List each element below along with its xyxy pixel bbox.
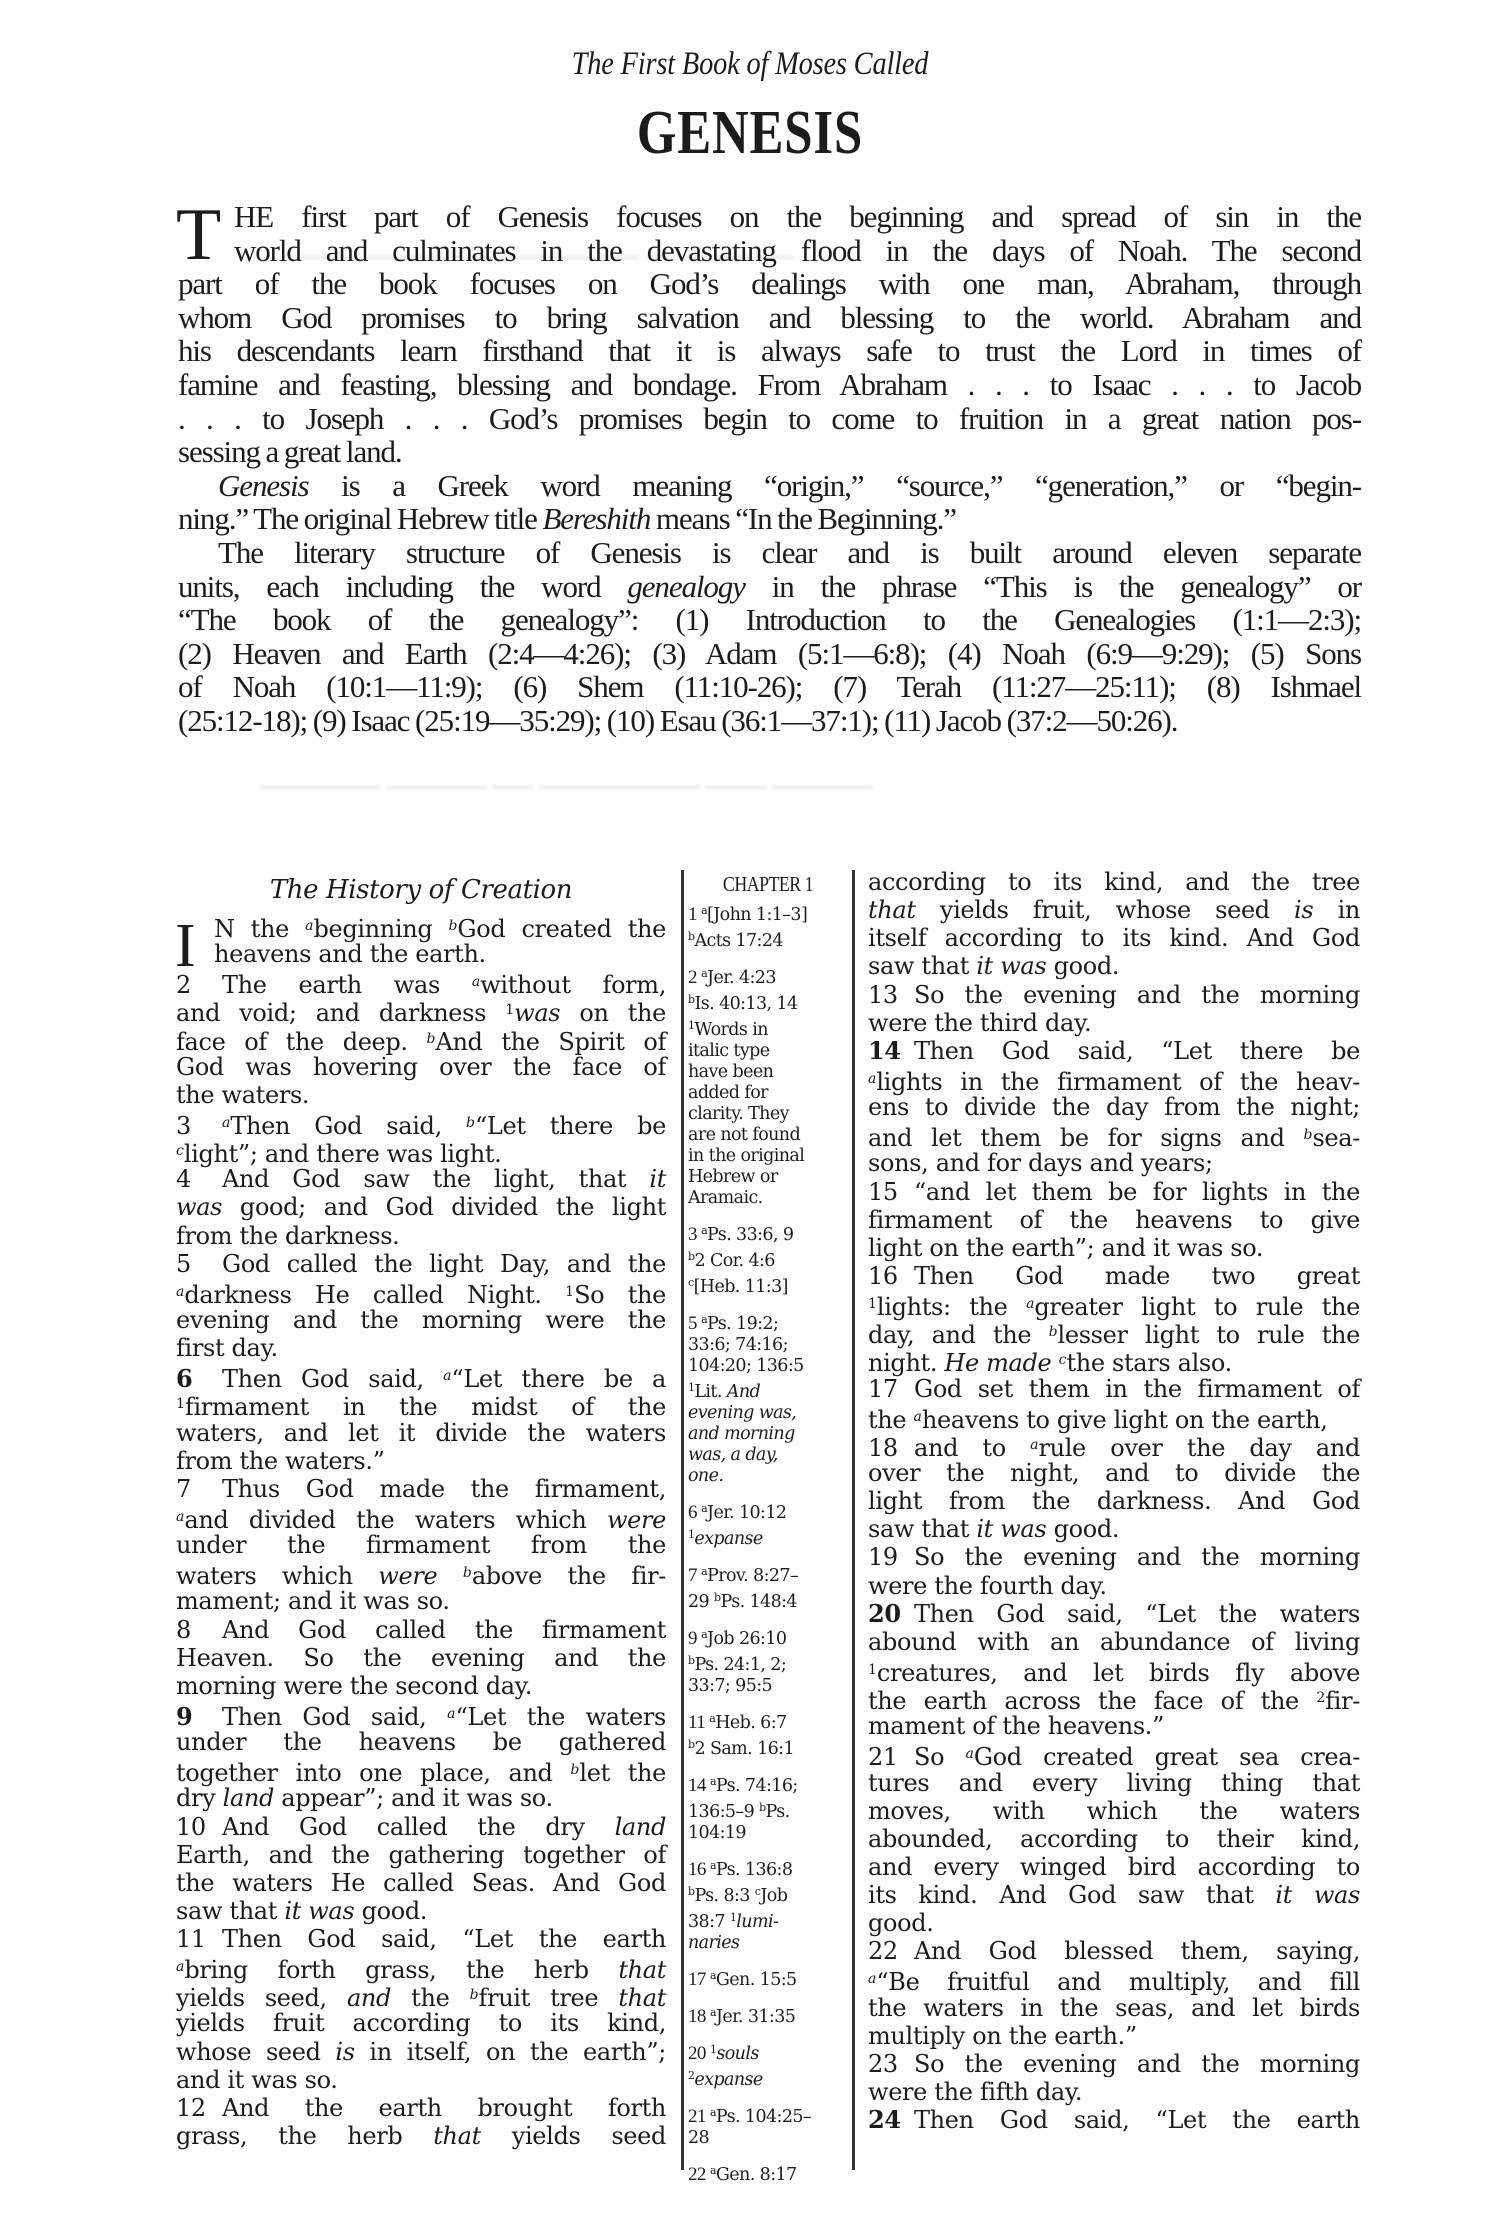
text-line: sons, and for days and years; bbox=[868, 1149, 1360, 1177]
reference-line: was, a day, bbox=[688, 1445, 848, 1466]
text: (25:12-18); (9) Isaac (25:19—35:29); (10… bbox=[178, 703, 1177, 738]
verse-reference-number: 9 bbox=[688, 1628, 701, 1649]
text-line: night. He made cthe stars also. bbox=[868, 1346, 1360, 1374]
text-line: over the night, and to divide the bbox=[868, 1459, 1360, 1487]
text: whose seed bbox=[176, 2038, 335, 2066]
footnote-marker: 1 bbox=[565, 1284, 574, 1300]
italic-text: it was bbox=[284, 1897, 354, 1925]
reference-line: c[Heb. 11:3] bbox=[688, 1272, 848, 1298]
verse-number: 4 bbox=[176, 1165, 222, 1193]
text-line: 21So aGod created great sea crea- bbox=[868, 1740, 1360, 1768]
text: and let them be for signs and bbox=[868, 1124, 1303, 1152]
text-line: heavens and the earth. bbox=[176, 940, 666, 968]
text: were the fifth day. bbox=[868, 2078, 1082, 2106]
column-divider-right bbox=[852, 870, 855, 2170]
text: good; and God divided the light bbox=[222, 1193, 666, 1221]
verse-number: 18 bbox=[868, 1434, 914, 1462]
text-line: 18and to arule over the day and bbox=[868, 1431, 1360, 1459]
italic-text: expanse bbox=[694, 1529, 762, 1549]
text: abound with an abundance of living bbox=[868, 1628, 1360, 1656]
text-line: 8And God called the firmament bbox=[176, 1616, 666, 1644]
text-line: 15“and let them be for lights in the bbox=[868, 1178, 1360, 1206]
text-line: 3aThen God said, b“Let there be bbox=[176, 1109, 666, 1137]
reference-line: 38:7 1lumi- bbox=[688, 1907, 848, 1933]
text: So the evening and the morning bbox=[914, 1543, 1360, 1571]
verse-number: 20 bbox=[868, 1600, 914, 1628]
text-line: good. bbox=[868, 1909, 1360, 1937]
bible-page: ▁▁▁ ▁▁▁▁ ▁▁ ▁▁▁▁▁▁▁ ▁▁▁ ▁▁▁▁ ▁▁▁▁▁▁ ▁▁▁▁… bbox=[0, 0, 1500, 2226]
text: clarity. They bbox=[688, 1104, 789, 1124]
text-line: itself according to its kind. And God bbox=[868, 924, 1360, 952]
text: were the third day. bbox=[868, 1009, 1091, 1037]
footnote-marker: 1 bbox=[505, 1002, 514, 1018]
italic-text: is bbox=[1294, 896, 1313, 924]
text-line: Heaven. So the evening and the bbox=[176, 1644, 666, 1672]
italic-text: expanse bbox=[694, 2070, 762, 2090]
italic-text: He made bbox=[944, 1349, 1051, 1377]
text: The literary structure of Genesis is cle… bbox=[218, 535, 1361, 570]
italic-text: and bbox=[347, 1984, 391, 2012]
text-line: 22And God blessed them, saying, bbox=[868, 1937, 1360, 1965]
text: ning.” The original Hebrew title bbox=[178, 501, 542, 536]
cross-reference-entry: 3 aPs. 33:6, 9b2 Cor. 4:6c[Heb. 11:3] bbox=[688, 1220, 848, 1298]
text: 2 Sam. 16:1 bbox=[694, 1739, 794, 1759]
text: Then God said, bbox=[222, 1703, 447, 1731]
text-line: ning.” The original Hebrew title Bereshi… bbox=[178, 502, 1361, 536]
italic-text: it bbox=[649, 1165, 666, 1193]
text-line: 5God called the light Day, and the bbox=[176, 1250, 666, 1278]
text-line: 20Then God said, “Let the waters bbox=[868, 1600, 1360, 1628]
text: his descendants learn firsthand that it … bbox=[178, 333, 1361, 368]
text: “Let the waters bbox=[455, 1703, 666, 1731]
italic-text: land bbox=[615, 1813, 666, 1841]
text: Words in bbox=[694, 1020, 768, 1040]
verse-dropcap: I bbox=[175, 921, 196, 971]
text: 29 bbox=[688, 1592, 714, 1612]
reference-line: 104:20; 136:5 bbox=[688, 1356, 848, 1377]
text: The earth was bbox=[222, 971, 472, 999]
text: Ps. 136:8 bbox=[716, 1860, 792, 1880]
text: light”; and there was light. bbox=[184, 1140, 502, 1168]
book-subtitle: The First Book of Moses Called bbox=[105, 46, 1395, 83]
text-line: were the third day. bbox=[868, 1009, 1360, 1037]
cross-reference-entry: 9 aJob 26:10bPs. 24:1, 2;33:7; 95:5 bbox=[688, 1624, 848, 1697]
cross-reference-marker: a bbox=[914, 1409, 922, 1425]
text: saw that bbox=[868, 1515, 976, 1543]
text: “and let them be for lights in the bbox=[914, 1178, 1360, 1206]
verse-reference-number: 3 bbox=[688, 1224, 701, 1245]
reference-line: and morning bbox=[688, 1424, 848, 1445]
text-line: units, each including the word genealogy… bbox=[178, 570, 1361, 604]
reference-line: 29 bPs. 148:4 bbox=[688, 1587, 848, 1613]
text-line: The literary structure of Genesis is cle… bbox=[178, 536, 1361, 570]
text: light from the darkness. And God bbox=[868, 1487, 1360, 1515]
text: And the Spirit of bbox=[435, 1028, 666, 1056]
text: And God called the dry bbox=[222, 1813, 615, 1841]
text: mament of the heavens.” bbox=[868, 1712, 1164, 1740]
text-line: was good; and God divided the light bbox=[176, 1193, 666, 1221]
cross-reference-entry: 5 aPs. 19:2;33:6; 74:16;104:20; 136:51Li… bbox=[688, 1309, 848, 1487]
text-line: 9Then God said, a“Let the waters bbox=[176, 1700, 666, 1728]
text: the waters. bbox=[176, 1081, 309, 1109]
text: God called the light Day, and the bbox=[222, 1250, 666, 1278]
scripture-left-column: The History of Creation I N the abeginni… bbox=[176, 868, 666, 2150]
reference-line: 22 aGen. 8:17 bbox=[688, 2160, 848, 2186]
verse-number: 7 bbox=[176, 1475, 222, 1503]
text: under the heavens be gathered bbox=[176, 1728, 666, 1756]
text: Ps. 33:6, 9 bbox=[707, 1225, 793, 1245]
reference-line: bIs. 40:13, 14 bbox=[688, 989, 848, 1015]
italic-text: Genesis bbox=[218, 468, 308, 503]
verse-number: 12 bbox=[176, 2094, 222, 2122]
reference-line: 5 aPs. 19:2; bbox=[688, 1309, 848, 1335]
text: good. bbox=[354, 1897, 427, 1925]
text-line: the waters in the seas, and let birds bbox=[868, 1994, 1360, 2022]
text bbox=[437, 1562, 463, 1590]
text: famine and feasting, blessing and bondag… bbox=[178, 367, 1361, 402]
footnote-marker: 1 bbox=[176, 1396, 185, 1412]
italic-text: souls bbox=[716, 2044, 758, 2064]
text: N the bbox=[214, 915, 305, 943]
reference-line: b2 Cor. 4:6 bbox=[688, 1246, 848, 1272]
text: God created great sea crea- bbox=[974, 1743, 1360, 1771]
text: is a Greek word meaning “origin,” “sourc… bbox=[308, 468, 1361, 503]
text: Earth, and the gathering together of bbox=[176, 1841, 666, 1869]
reference-line: 16 aPs. 136:8 bbox=[688, 1855, 848, 1881]
reference-line: clarity. They bbox=[688, 1104, 848, 1125]
reference-line: 104:19 bbox=[688, 1823, 848, 1844]
italic-text: And bbox=[727, 1382, 760, 1402]
text-line: firmament of the heavens to give bbox=[868, 1206, 1360, 1234]
reference-line: have been bbox=[688, 1062, 848, 1083]
italic-text: that bbox=[618, 1956, 666, 1984]
text: mament; and it was so. bbox=[176, 1587, 450, 1615]
text: Lit. bbox=[694, 1382, 726, 1402]
text: and every winged bird according to bbox=[868, 1853, 1360, 1881]
text: sessing a great land. bbox=[178, 434, 402, 469]
text: light on the earth”; and it was so. bbox=[868, 1234, 1263, 1262]
text-line: waters, and let it divide the waters bbox=[176, 1419, 666, 1447]
text: in bbox=[1313, 896, 1360, 924]
text: heavens to give light on the earth, bbox=[922, 1406, 1328, 1434]
footnote-marker: 1 bbox=[868, 1662, 877, 1678]
text: sea- bbox=[1312, 1124, 1360, 1152]
reference-line: one. bbox=[688, 1466, 848, 1487]
verse-reference-number: 14 bbox=[688, 1775, 710, 1796]
text: 104:19 bbox=[688, 1823, 746, 1843]
text: without form, bbox=[480, 971, 666, 999]
text: 33:7; 95:5 bbox=[688, 1676, 772, 1696]
text-line: a“Be fruitful and multiply, and fill bbox=[868, 1965, 1360, 1993]
text: and to bbox=[914, 1434, 1030, 1462]
text: under the firmament from the bbox=[176, 1531, 666, 1559]
text-line: 6Then God said, a“Let there be a bbox=[176, 1362, 666, 1390]
cross-reference-entry: 16 aPs. 136:8bPs. 8:3 cJob38:7 1lumi-nar… bbox=[688, 1855, 848, 1954]
text-line: aand divided the waters which were bbox=[176, 1503, 666, 1531]
text-line: 23So the evening and the morning bbox=[868, 2050, 1360, 2078]
cross-reference-marker: b bbox=[1049, 1324, 1058, 1340]
text: dry bbox=[176, 1784, 223, 1812]
right-column-text: according to its kind, and the treethat … bbox=[868, 868, 1360, 2134]
text: HE first part of Genesis focuses on the … bbox=[234, 199, 1361, 234]
text: Gen. 8:17 bbox=[716, 2165, 797, 2185]
verse-number: 23 bbox=[868, 2050, 914, 2078]
verse-reference-number: 2 bbox=[688, 967, 701, 988]
verse-number: 3 bbox=[176, 1112, 222, 1140]
verse-reference-number: 22 bbox=[688, 2164, 710, 2185]
text: yields seed, bbox=[176, 1984, 347, 2012]
text: on the bbox=[560, 999, 666, 1027]
reference-line: 1Lit. And bbox=[688, 1377, 848, 1403]
reference-line: 20 1souls bbox=[688, 2039, 848, 2065]
text-line: (25:12-18); (9) Isaac (25:19—35:29); (10… bbox=[178, 704, 1361, 738]
text-line: abring forth grass, the herb that bbox=[176, 1953, 666, 1981]
verse-number: 5 bbox=[176, 1250, 222, 1278]
text-line: 19So the evening and the morning bbox=[868, 1543, 1360, 1571]
text: good. bbox=[1046, 1515, 1119, 1543]
text: lights: the bbox=[877, 1293, 1026, 1321]
verse-number: 15 bbox=[868, 1178, 914, 1206]
text-line: 14Then God said, “Let there be bbox=[868, 1037, 1360, 1065]
text: Then God said, “Let the earth bbox=[222, 1925, 666, 1953]
text-line: saw that it was good. bbox=[868, 952, 1360, 980]
cross-reference-entry: 11 aHeb. 6:7b2 Sam. 16:1 bbox=[688, 1708, 848, 1760]
reference-line: 136:5–9 bPs. bbox=[688, 1797, 848, 1823]
text: from the waters.” bbox=[176, 1447, 385, 1475]
text-line: 17God set them in the firmament of bbox=[868, 1375, 1360, 1403]
text: were the fourth day. bbox=[868, 1572, 1107, 1600]
reference-line: italic type bbox=[688, 1041, 848, 1062]
text-line: and it was so. bbox=[176, 2066, 666, 2094]
text: (2) Heaven and Earth (2:4—4:26); (3) Ada… bbox=[178, 636, 1361, 671]
text-line: HE first part of Genesis focuses on the … bbox=[178, 200, 1361, 234]
text-line: Genesis is a Greek word meaning “origin,… bbox=[178, 469, 1361, 503]
text: 38:7 bbox=[688, 1912, 730, 1932]
verse-reference-number: 1 bbox=[688, 904, 701, 925]
bleed-through-text: ▁▁▁▁▁▁ ▁▁▁▁▁ ▁▁ ▁▁▁▁▁▁▁▁ ▁▁▁ ▁▁▁▁▁ bbox=[260, 760, 872, 790]
text-line: and let them be for signs and bsea- bbox=[868, 1121, 1360, 1149]
text-line: from the waters.” bbox=[176, 1447, 666, 1475]
verse-number: 19 bbox=[868, 1543, 914, 1571]
italic-text: was bbox=[176, 1193, 222, 1221]
footnote-marker: 1 bbox=[868, 1296, 877, 1312]
text-line: “The book of the genealogy”: (1) Introdu… bbox=[178, 603, 1361, 637]
verse-number: 13 bbox=[868, 981, 914, 1009]
text: the stars also. bbox=[1066, 1349, 1231, 1377]
reference-line: 1 a[John 1:1–3] bbox=[688, 900, 848, 926]
text-line: face of the deep. bAnd the Spirit of bbox=[176, 1025, 666, 1053]
text: Jer. 4:23 bbox=[707, 968, 776, 988]
text-line: from the darkness. bbox=[176, 1222, 666, 1250]
text-line: under the heavens be gathered bbox=[176, 1728, 666, 1756]
text: and it was so. bbox=[176, 2066, 338, 2094]
text-line: the earth across the face of the 2fir- bbox=[868, 1684, 1360, 1712]
text: yields fruit, whose seed bbox=[916, 896, 1294, 924]
text: Jer. 31:35 bbox=[716, 2007, 795, 2027]
verse-reference-number: 11 bbox=[688, 1712, 709, 1733]
reference-line: 33:7; 95:5 bbox=[688, 1676, 848, 1697]
reference-line: 1Words in bbox=[688, 1015, 848, 1041]
text: its kind. And God saw that bbox=[868, 1881, 1275, 1909]
reference-line: 1expanse bbox=[688, 1524, 848, 1550]
text-line: 2The earth was awithout form, bbox=[176, 968, 666, 996]
reference-line: bActs 17:24 bbox=[688, 926, 848, 952]
text: abounded, according to their kind, bbox=[868, 1825, 1360, 1853]
text-line: sessing a great land. bbox=[178, 435, 1361, 469]
text-line: day, and the blesser light to rule the bbox=[868, 1318, 1360, 1346]
text: “The book of the genealogy”: (1) Introdu… bbox=[178, 602, 1361, 637]
text: Heb. 6:7 bbox=[715, 1713, 786, 1733]
text: bring forth grass, the herb bbox=[184, 1956, 618, 1984]
text: added for bbox=[688, 1083, 768, 1103]
verse-number: 21 bbox=[868, 1743, 914, 1771]
cross-reference-entry: 21 aPs. 104:25–28 bbox=[688, 2102, 848, 2149]
cross-reference-entry: 17 aGen. 15:5 bbox=[688, 1965, 848, 1991]
reference-line: are not found bbox=[688, 1125, 848, 1146]
text: waters which bbox=[176, 1562, 378, 1590]
text-line: of Noah (10:1—11:9); (6) Shem (11:10-26)… bbox=[178, 670, 1361, 704]
text: And God blessed them, saying, bbox=[914, 1937, 1360, 1965]
reference-line: 33:6; 74:16; bbox=[688, 1335, 848, 1356]
text-line: saw that it was good. bbox=[868, 1515, 1360, 1543]
text: Ps. 8:3 bbox=[694, 1886, 754, 1906]
text-line: clight”; and there was light. bbox=[176, 1137, 666, 1165]
reference-line: in the original bbox=[688, 1146, 848, 1167]
scripture-right-column: according to its kind, and the treethat … bbox=[868, 868, 1360, 2134]
reference-line: evening was, bbox=[688, 1403, 848, 1424]
reference-line: 9 aJob 26:10 bbox=[688, 1624, 848, 1650]
text: Gen. 15:5 bbox=[716, 1970, 797, 1990]
text: So the bbox=[574, 1281, 666, 1309]
text: let the bbox=[579, 1759, 666, 1787]
intro-text: HE first part of Genesis focuses on the … bbox=[178, 200, 1361, 738]
text: Ps. 24:1, 2; bbox=[694, 1655, 786, 1675]
text-line: N the abeginning bGod created the bbox=[176, 912, 666, 940]
text: ens to divide the day from the night; bbox=[868, 1093, 1360, 1121]
verse-reference-number: 16 bbox=[688, 1859, 710, 1880]
text-line: the waters He called Seas. And God bbox=[176, 1869, 666, 1897]
book-title: GENESIS bbox=[135, 98, 1365, 169]
text-line: first day. bbox=[176, 1334, 666, 1362]
text: Is. 40:13, 14 bbox=[694, 994, 797, 1014]
italic-text: was bbox=[514, 999, 560, 1027]
text: saw that bbox=[868, 952, 976, 980]
text-line: saw that it was good. bbox=[176, 1897, 666, 1925]
cross-reference-marker: a bbox=[966, 1746, 974, 1762]
text: “Be fruitful and multiply, and fill bbox=[876, 1968, 1360, 1996]
text: fruit tree bbox=[479, 1984, 619, 2012]
text: yields seed bbox=[481, 2122, 666, 2150]
text: Ps. 19:2; bbox=[707, 1314, 778, 1334]
text: Then God said, “Let there be bbox=[914, 1037, 1360, 1065]
book-introduction: T HE first part of Genesis focuses on th… bbox=[178, 200, 1361, 738]
verse-reference-number: 20 bbox=[688, 2043, 710, 2064]
text-line: 10And God called the dry land bbox=[176, 1813, 666, 1841]
text-line: together into one place, and blet the bbox=[176, 1756, 666, 1784]
text-line: the aheavens to give light on the earth, bbox=[868, 1403, 1360, 1431]
text-line: were the fourth day. bbox=[868, 1572, 1360, 1600]
text-line: its kind. And God saw that it was bbox=[868, 1881, 1360, 1909]
text: yields fruit according to its kind, bbox=[176, 2009, 666, 2037]
text-line: (2) Heaven and Earth (2:4—4:26); (3) Ada… bbox=[178, 637, 1361, 671]
text-line: Earth, and the gathering together of bbox=[176, 1841, 666, 1869]
text-line: light on the earth”; and it was so. bbox=[868, 1234, 1360, 1262]
verse-reference-number: 5 bbox=[688, 1313, 701, 1334]
text: 33:6; 74:16; bbox=[688, 1335, 788, 1355]
text: And God called the firmament bbox=[222, 1616, 666, 1644]
text: waters, and let it divide the waters bbox=[176, 1419, 666, 1447]
verse-reference-number: 7 bbox=[688, 1565, 701, 1586]
text: Thus God made the firmament, bbox=[222, 1475, 666, 1503]
reference-line: added for bbox=[688, 1083, 848, 1104]
text: multiply on the earth.” bbox=[868, 2022, 1137, 2050]
left-column-text: N the abeginning bGod created theheavens… bbox=[176, 912, 666, 2150]
text: beginning bbox=[313, 915, 448, 943]
text: are not found bbox=[688, 1125, 800, 1145]
text: “Let there be bbox=[475, 1112, 666, 1140]
text: creatures, and let birds fly above bbox=[877, 1659, 1360, 1687]
text-line: light from the darkness. And God bbox=[868, 1487, 1360, 1515]
text: Ps. 148:4 bbox=[720, 1592, 796, 1612]
italic-text: that bbox=[433, 2122, 481, 2150]
text: saw that bbox=[176, 1897, 284, 1925]
italic-text: that bbox=[868, 896, 916, 924]
italic-text: is bbox=[335, 2038, 354, 2066]
footnote-marker: 2 bbox=[1316, 1690, 1325, 1706]
cross-reference-entry: 14 aPs. 74:16;136:5–9 bPs.104:19 bbox=[688, 1771, 848, 1844]
reference-line: Aramaic. bbox=[688, 1188, 848, 1209]
text: And the earth brought forth bbox=[222, 2094, 666, 2122]
text-line: and void; and darkness 1was on the bbox=[176, 996, 666, 1024]
verse-number: 10 bbox=[176, 1813, 222, 1841]
reference-line: 6 aJer. 10:12 bbox=[688, 1498, 848, 1524]
text: So the evening and the morning bbox=[914, 981, 1360, 1009]
text: heavens and the earth. bbox=[214, 940, 486, 968]
text-line: moves, with which the waters bbox=[868, 1797, 1360, 1825]
text: good. bbox=[868, 1909, 934, 1937]
text-line: yields fruit according to its kind, bbox=[176, 2009, 666, 2037]
text: lesser light to rule the bbox=[1058, 1321, 1360, 1349]
text: Then God said, “Let the waters bbox=[914, 1600, 1360, 1628]
text bbox=[1051, 1349, 1058, 1377]
cross-reference-column: CHAPTER 1 1 a[John 1:1–3]bActs 17:242 aJ… bbox=[688, 868, 848, 2197]
italic-text: was, a day, bbox=[688, 1445, 778, 1465]
verse-number: 16 bbox=[868, 1262, 914, 1290]
text: Ps. 74:16; bbox=[716, 1776, 798, 1796]
text: the earth across the face of the bbox=[868, 1687, 1316, 1715]
text: rule over the day and bbox=[1038, 1434, 1360, 1462]
text: morning were the second day. bbox=[176, 1672, 532, 1700]
text-line: evening and the morning were the bbox=[176, 1306, 666, 1334]
verse-reference-number: 6 bbox=[688, 1502, 701, 1523]
text: italic type bbox=[688, 1041, 770, 1061]
text-line: 11Then God said, “Let the earth bbox=[176, 1925, 666, 1953]
reference-line: 2expanse bbox=[688, 2065, 848, 2091]
text-line: ens to divide the day from the night; bbox=[868, 1093, 1360, 1121]
text-line: adarkness He called Night. 1So the bbox=[176, 1278, 666, 1306]
text: over the night, and to divide the bbox=[868, 1459, 1360, 1487]
italic-text: evening was, bbox=[688, 1403, 796, 1423]
text: and divided the waters which bbox=[184, 1506, 607, 1534]
section-heading: The History of Creation bbox=[176, 868, 666, 912]
verse-number: 9 bbox=[176, 1703, 222, 1731]
text: God set them in the firmament of bbox=[914, 1375, 1360, 1403]
reference-line: 28 bbox=[688, 2128, 848, 2149]
text: Aramaic. bbox=[688, 1188, 763, 1208]
text: Heaven. So the evening and the bbox=[176, 1644, 666, 1672]
text: first day. bbox=[176, 1334, 278, 1362]
verse-reference-number: 17 bbox=[688, 1969, 710, 1990]
